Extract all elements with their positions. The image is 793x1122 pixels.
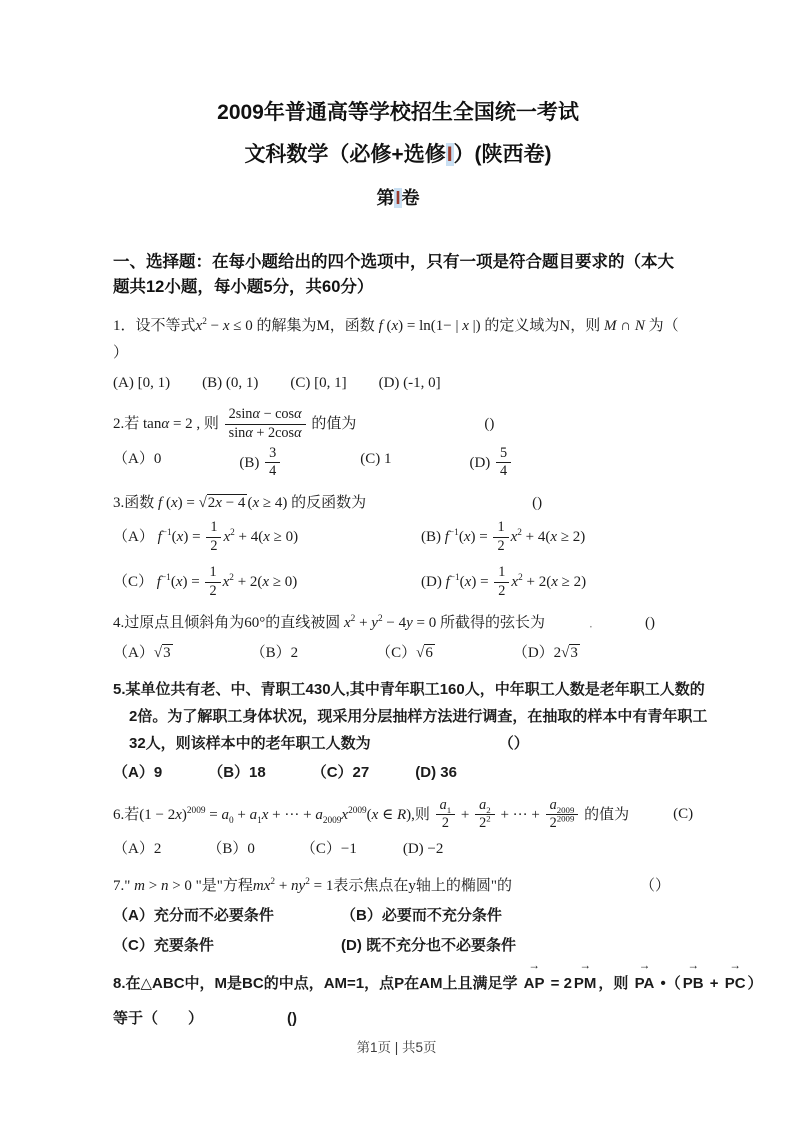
question-1-option-B: (B) (0, 1) bbox=[202, 369, 258, 398]
section-1-header: 一、选择题：在每小题给出的四个选项中，只有一项是符合题目要求的（本大题共12小题… bbox=[113, 250, 683, 300]
question-4-option-A: （A）√3 bbox=[113, 639, 173, 668]
question-3-option-A: （A） f−1(x) = 12x2 + 4(x ≥ 0) bbox=[113, 519, 421, 556]
question-4-option-D: （D）2√3 bbox=[513, 639, 580, 668]
question-4: 4.过原点且倾斜角为60°的直线被圆 x2 + y2 − 4y = 0 所截得的… bbox=[113, 610, 683, 668]
exam-document-page: 2009年普通高等学校招生全国统一考试 文科数学（必修+选修I）(陕西卷) 第I… bbox=[0, 0, 793, 1122]
page-footer: 第1页 | 共5页 bbox=[0, 1036, 793, 1056]
question-8-text: 8.在△ABC中，M是BC的中点，AM=1，点P在AM上且满足学 AP = 2P… bbox=[113, 970, 683, 997]
question-7-option-C: （C）充要条件 bbox=[113, 932, 341, 961]
question-4-text: 4.过原点且倾斜角为60°的直线被圆 x2 + y2 − 4y = 0 所截得的… bbox=[113, 610, 683, 637]
question-8-text: 等于（ ）() bbox=[113, 1005, 683, 1032]
question-3-options: （A） f−1(x) = 12x2 + 4(x ≥ 0)(B) f−1(x) =… bbox=[113, 519, 683, 600]
question-5-text: 32人，则该样本中的老年职工人数为（） bbox=[113, 730, 683, 757]
question-1: 1．设不等式x2 − x ≤ 0 的解集为M，函数 f (x) = ln(1− … bbox=[113, 313, 683, 398]
question-4-options: （A）√3（B）2（C）√6（D）2√3 bbox=[113, 639, 683, 668]
question-4-option-B: （B）2 bbox=[251, 639, 299, 668]
question-5-option-A: （A）9 bbox=[113, 759, 162, 788]
question-7-option-B: （B）必要而不充分条件 bbox=[341, 902, 683, 931]
question-5-text: 5.某单位共有老、中、青职工430人,其中青年职工160人，中年职工人数是老年职… bbox=[113, 676, 683, 703]
question-3-option-D: (D) f−1(x) = 12x2 + 2(x ≥ 2) bbox=[421, 564, 683, 601]
question-4-option-C: （C）√6 bbox=[376, 639, 435, 668]
question-1-option-A: (A) [0, 1) bbox=[113, 369, 170, 398]
question-7-option-A: （A）充分而不必要条件 bbox=[113, 902, 341, 931]
exam-title: 2009年普通高等学校招生全国统一考试 bbox=[113, 96, 683, 126]
question-list: 1．设不等式x2 − x ≤ 0 的解集为M，函数 f (x) = ln(1− … bbox=[113, 313, 683, 1032]
question-7-text: 7." m > n > 0 "是"方程mx2 + ny2 = 1表示焦点在y轴上… bbox=[113, 873, 683, 900]
question-1-option-D: (D) (-1, 0] bbox=[379, 369, 441, 398]
question-6-option-B: （B）0 bbox=[207, 835, 255, 864]
question-2-option-C: (C) 1 bbox=[360, 445, 391, 482]
question-5-option-B: （B）18 bbox=[208, 759, 266, 788]
question-3-option-C: （C） f−1(x) = 12x2 + 2(x ≥ 0) bbox=[113, 564, 421, 601]
question-7-options: （A）充分而不必要条件（B）必要而不充分条件（C）充要条件(D) 既不充分也不必… bbox=[113, 902, 683, 961]
question-5-option-D: (D) 36 bbox=[415, 759, 457, 788]
volume-title: 第I卷 bbox=[113, 184, 683, 210]
question-1-option-C: (C) [0, 1] bbox=[290, 369, 346, 398]
question-1-options: (A) [0, 1)(B) (0, 1)(C) [0, 1](D) (-1, 0… bbox=[113, 369, 683, 398]
question-1-text: ） bbox=[113, 340, 683, 367]
question-6-option-C: （C）−1 bbox=[301, 835, 357, 864]
question-5-options: （A）9（B）18（C）27(D) 36 bbox=[113, 759, 683, 788]
question-6-text: 6.若(1 − 2x)2009 = a0 + a1x + ··· + a2009… bbox=[113, 797, 683, 834]
question-2-options: （A）0(B) 34(C) 1(D) 54 bbox=[113, 445, 683, 482]
question-1-text: 1．设不等式x2 − x ≤ 0 的解集为M，函数 f (x) = ln(1− … bbox=[113, 313, 683, 340]
question-6-option-A: （A）2 bbox=[113, 835, 161, 864]
question-5: 5.某单位共有老、中、青职工430人,其中青年职工160人，中年职工人数是老年职… bbox=[113, 676, 683, 788]
question-5-option-C: （C）27 bbox=[312, 759, 370, 788]
question-5-text: 2倍。为了解职工身体状况，现采用分层抽样方法进行调查，在抽取的样本中有青年职工 bbox=[113, 703, 683, 730]
question-2-text: 2.若 tanα = 2 , 则 2sinα − cosαsinα + 2cos… bbox=[113, 406, 683, 443]
exam-subtitle: 文科数学（必修+选修I）(陕西卷) bbox=[113, 138, 683, 168]
question-2: 2.若 tanα = 2 , 则 2sinα − cosαsinα + 2cos… bbox=[113, 406, 683, 481]
question-3: 3.函数 f (x) = √2x − 4(x ≥ 4) 的反函数为()（A） f… bbox=[113, 490, 683, 600]
question-2-option-D: (D) 54 bbox=[469, 445, 513, 482]
question-7: 7." m > n > 0 "是"方程mx2 + ny2 = 1表示焦点在y轴上… bbox=[113, 873, 683, 961]
question-8: 8.在△ABC中，M是BC的中点，AM=1，点P在AM上且满足学 AP = 2P… bbox=[113, 970, 683, 1032]
question-2-option-A: （A）0 bbox=[113, 445, 161, 482]
page-indicator: 第1页 | 共5页 bbox=[356, 1040, 436, 1055]
question-6: 6.若(1 − 2x)2009 = a0 + a1x + ··· + a2009… bbox=[113, 797, 683, 864]
question-7-option-D: (D) 既不充分也不必要条件 bbox=[341, 932, 683, 961]
question-6-option-D: (D) −2 bbox=[403, 835, 444, 864]
question-2-option-B: (B) 34 bbox=[239, 445, 282, 482]
question-6-options: （A）2（B）0（C）−1(D) −2 bbox=[113, 835, 683, 864]
question-3-text: 3.函数 f (x) = √2x − 4(x ≥ 4) 的反函数为() bbox=[113, 490, 683, 517]
question-3-option-B: (B) f−1(x) = 12x2 + 4(x ≥ 2) bbox=[421, 519, 683, 556]
